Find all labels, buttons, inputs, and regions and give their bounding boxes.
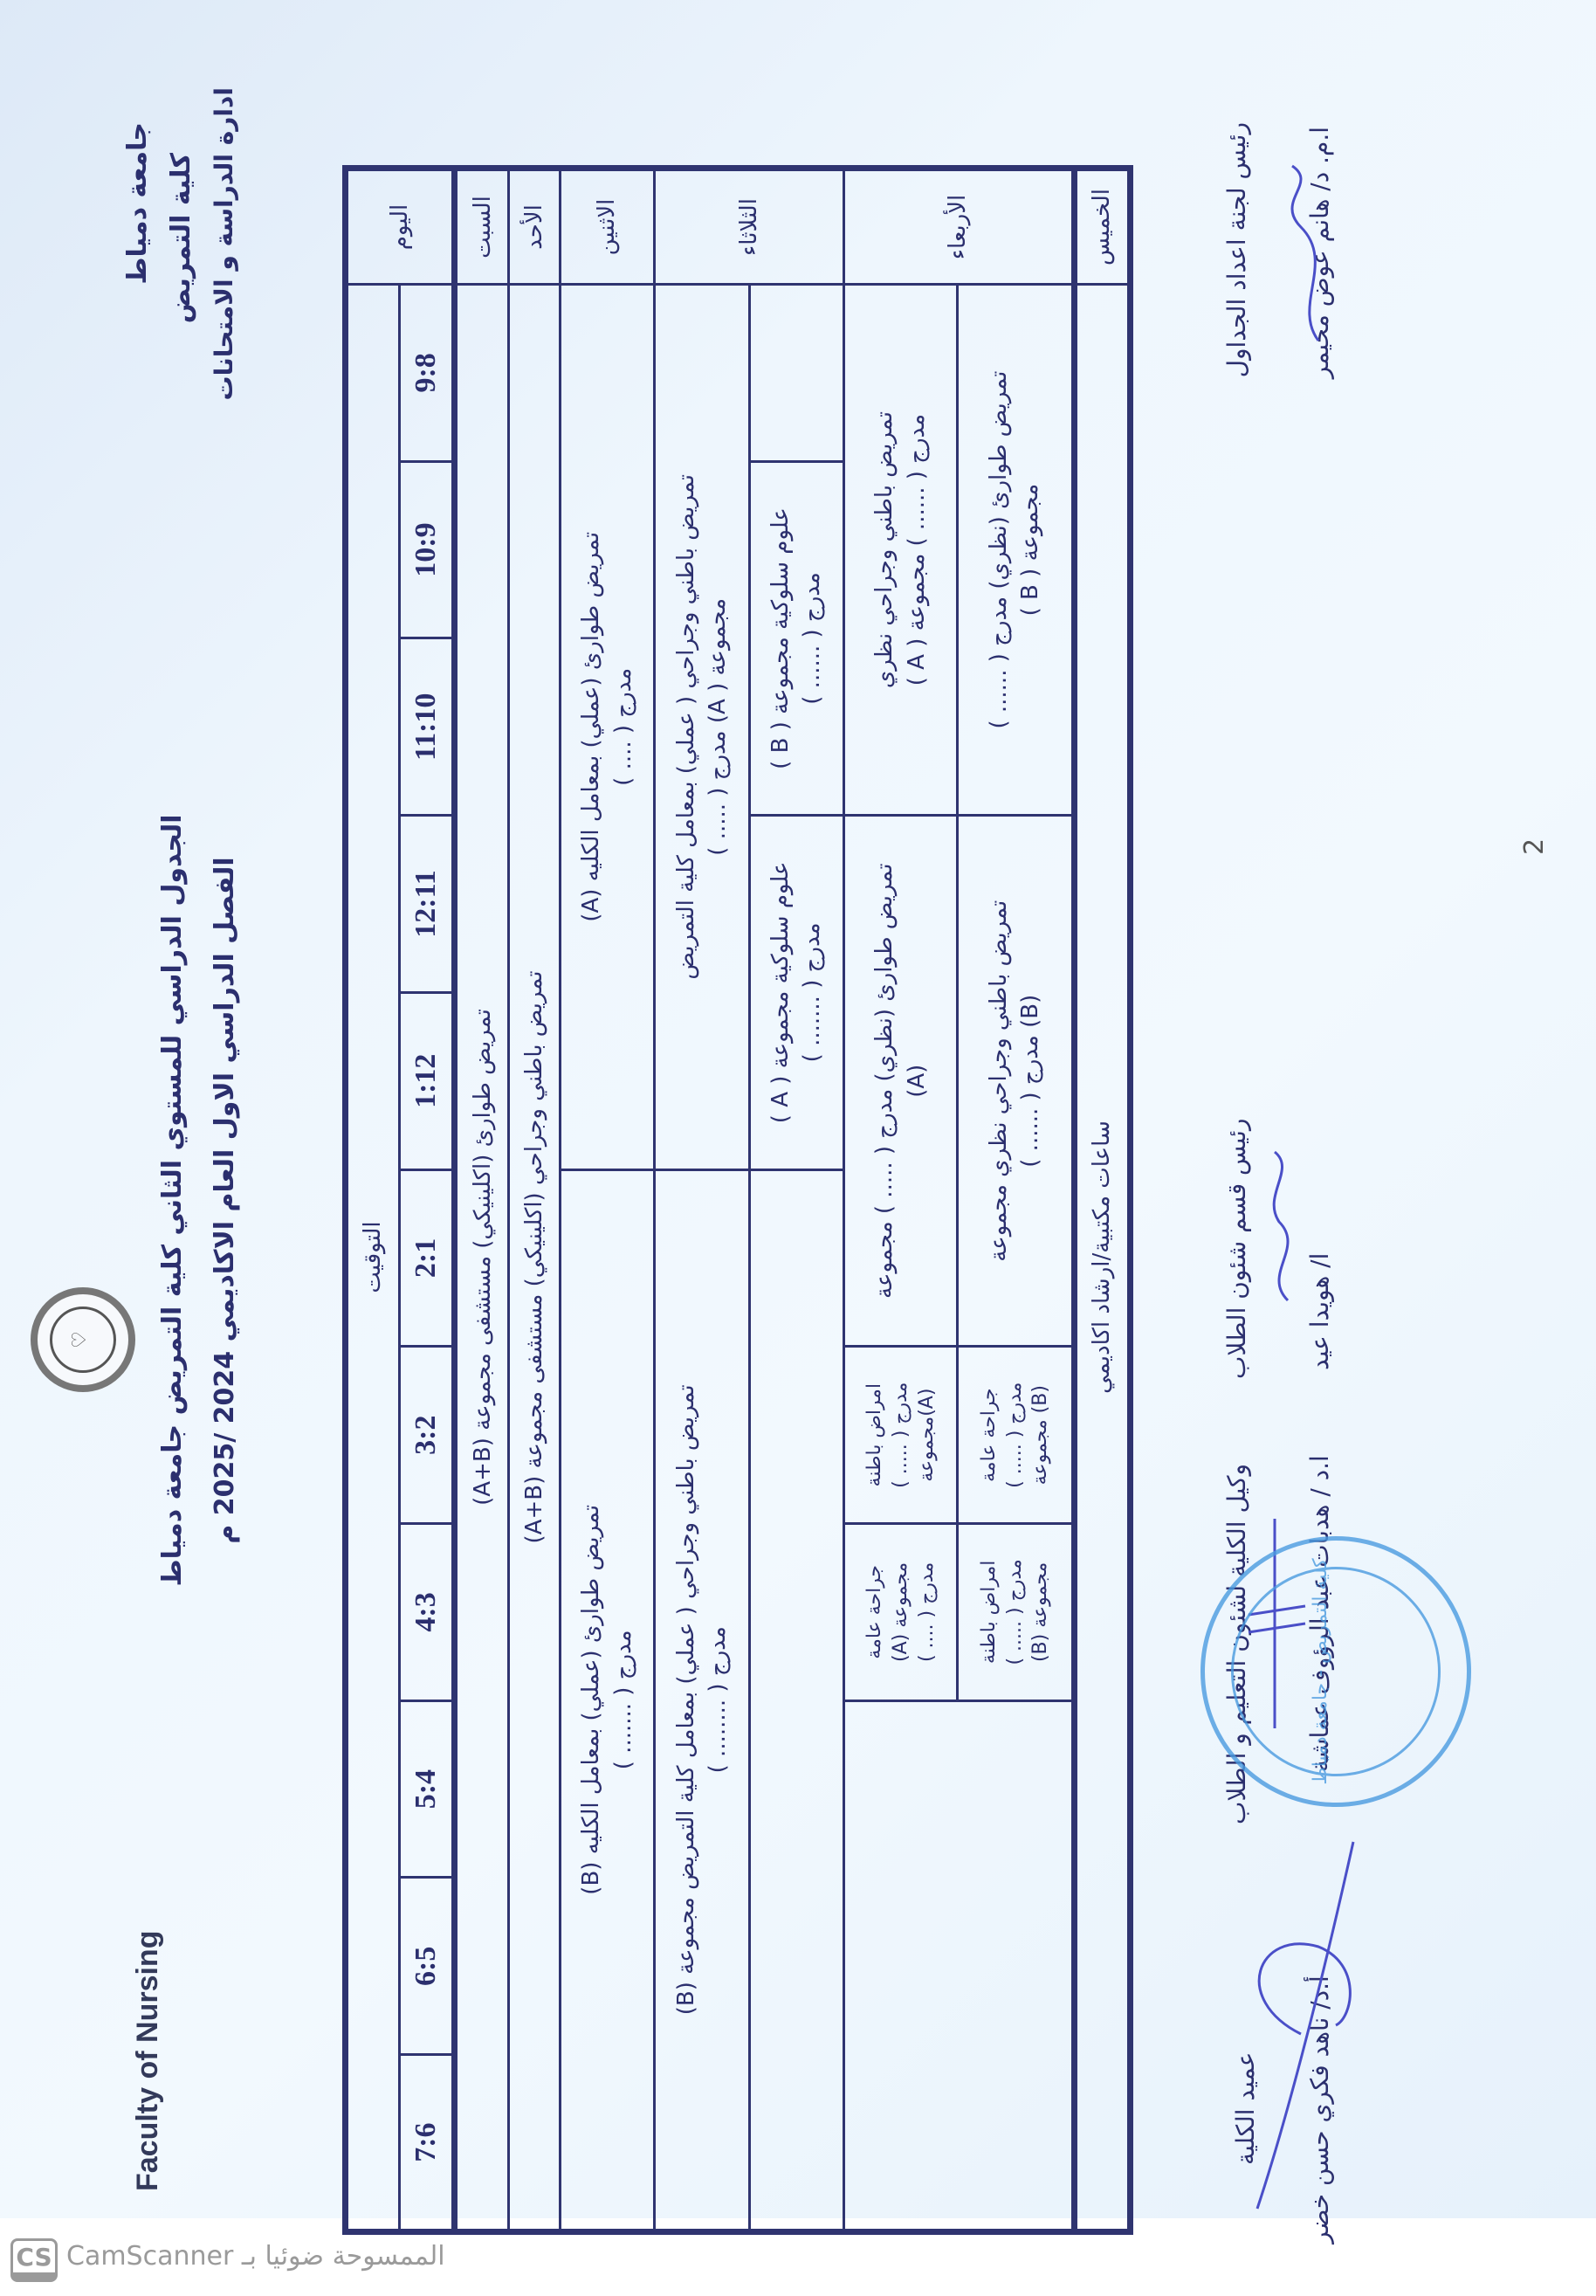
time-slot: 11:10	[399, 638, 455, 816]
day-label: الخميس	[1074, 169, 1130, 285]
empty-cell	[749, 285, 843, 462]
signature-scribble-icon	[1205, 1824, 1484, 2261]
time-slot: 2:1	[399, 1169, 455, 1347]
faculty-logo-icon: ♡	[31, 1287, 135, 1392]
schedule-cell: امراض باطنة مدرج ( ..... ) (A)مجموعة	[843, 1347, 957, 1524]
schedule-cell: جراحة عامة مجموعة (A) مدرج ( .... )	[843, 1524, 957, 1701]
schedule-cell: علوم سلوكية مجموعة ( A ) مدرج ( ....... …	[749, 816, 843, 1169]
table-row-thursday: الخميس ساعات مكتبية/ارشاد اكاديمي	[1074, 169, 1130, 2232]
schedule-cell: تمريض باطني وجراحي نظري مدرج ( ...... ) …	[843, 285, 957, 816]
table-row-wednesday-a: الأربعاء تمريض باطني وجراحي نظري مدرج ( …	[843, 169, 957, 2232]
schedule-table: اليوم التوقيت 9:8 10:9 11:10 12:11 1:12 …	[342, 165, 1133, 2235]
day-label: الأربعاء	[843, 169, 1074, 285]
schedule-cell: جراحة عامة مدرج ( ..... ) (B) مجموعة	[958, 1347, 1074, 1524]
schedule-cell: علوم سلوكية مجموعة ( B ) مدرج ( ...... )	[749, 461, 843, 815]
time-slot: 3:2	[399, 1347, 455, 1524]
table-row-sunday: الأحد تمريض باطني وجراحي (اكلينيكي) مستش…	[509, 169, 561, 2232]
day-label: الثلاثاء	[655, 169, 844, 285]
schedule-cell: تمريض باطني وجراحي ( عملي) بمعامل كلية ا…	[655, 1169, 749, 2231]
signature-scribble-icon	[1240, 148, 1345, 358]
schedule-cell: تمريض طوارئ (عملي) بمعامل الكليه (B) مدر…	[560, 1169, 654, 2231]
schedule-cell: تمريض باطني وجراحي نظري مجموعة (B) مدرج …	[958, 816, 1074, 1347]
schedule-cell: امراض باطنة مدرج ( ..... ) مجموعة (B)	[958, 1524, 1074, 1701]
time-slot: 10:9	[399, 461, 455, 638]
table-row-tuesday-behavioral: علوم سلوكية مجموعة ( B ) مدرج ( ...... )…	[749, 169, 843, 2232]
official-stamp-icon: كلية التمريض - جامعة دمياط	[1200, 1536, 1471, 1807]
time-slot: 4:3	[399, 1524, 455, 1701]
time-slot: 5:4	[399, 1700, 455, 1878]
day-label: الاثنين	[560, 169, 654, 285]
schedule-document: جامعة دمياط كلية التمريض ادارة الدراسة و…	[0, 0, 1596, 2296]
table-header-row: اليوم التوقيت	[346, 169, 400, 2232]
page-number: 2	[1519, 838, 1550, 855]
time-slot: 9:8	[399, 285, 455, 462]
time-slot: 1:12	[399, 992, 455, 1169]
table-row-monday: الاثنين تمريض طوارئ (عملي) بمعامل الكليه…	[560, 169, 654, 2232]
schedule-cell: تمريض طوارئ (عملي) بمعامل الكليه (A) مدر…	[560, 285, 654, 1170]
schedule-cell: تمريض طوارئ (نظري) مدرج ( ...... ) مجموع…	[958, 285, 1074, 816]
students-affairs-title: رئيس قسم شئون الطلاب	[1222, 1119, 1251, 1379]
table-row-tuesday: الثلاثاء تمريض باطني وجراحي ( عملي) بمعا…	[655, 169, 749, 2232]
schedule-cell: تمريض باطني وجراحي ( عملي) بمعامل كلية ا…	[655, 285, 749, 1170]
schedule-title: الجدول الدراسي للمستوي الثاني كلية التمر…	[157, 0, 188, 2296]
empty-cell	[843, 1700, 1074, 2231]
schedule-cell: تمريض طوارئ (اكلينيكي) مستشفى مجموعة (A+…	[455, 285, 509, 2232]
empty-cell	[749, 1169, 843, 2231]
signature-scribble-icon	[1253, 1143, 1314, 1318]
day-label: السبت	[455, 169, 509, 285]
schedule-subtitle: الفصل الدراسي الاول العام الاكاديمي 2024…	[210, 0, 240, 2296]
time-slot: 7:6	[399, 2055, 455, 2232]
university-name: جامعة دمياط	[122, 122, 153, 285]
time-slot: 6:5	[399, 1878, 455, 2055]
schedule-cell: تمريض باطني وجراحي (اكلينيكي) مستشفى مجم…	[509, 285, 561, 2232]
time-slot: 12:11	[399, 816, 455, 993]
table-row-saturday: السبت تمريض طوارئ (اكلينيكي) مستشفى مجمو…	[455, 169, 509, 2232]
time-slots-row: 9:8 10:9 11:10 12:11 1:12 2:1 3:2 4:3 5:…	[399, 169, 455, 2232]
time-column-header: التوقيت	[346, 285, 400, 2232]
schedule-cell: تمريض طوارئ (نظري) مدرج ( ..... ) مجموعة…	[843, 816, 957, 1347]
schedule-cell: ساعات مكتبية/ارشاد اكاديمي	[1074, 285, 1130, 2232]
day-label: الأحد	[509, 169, 561, 285]
day-column-header: اليوم	[346, 169, 455, 285]
